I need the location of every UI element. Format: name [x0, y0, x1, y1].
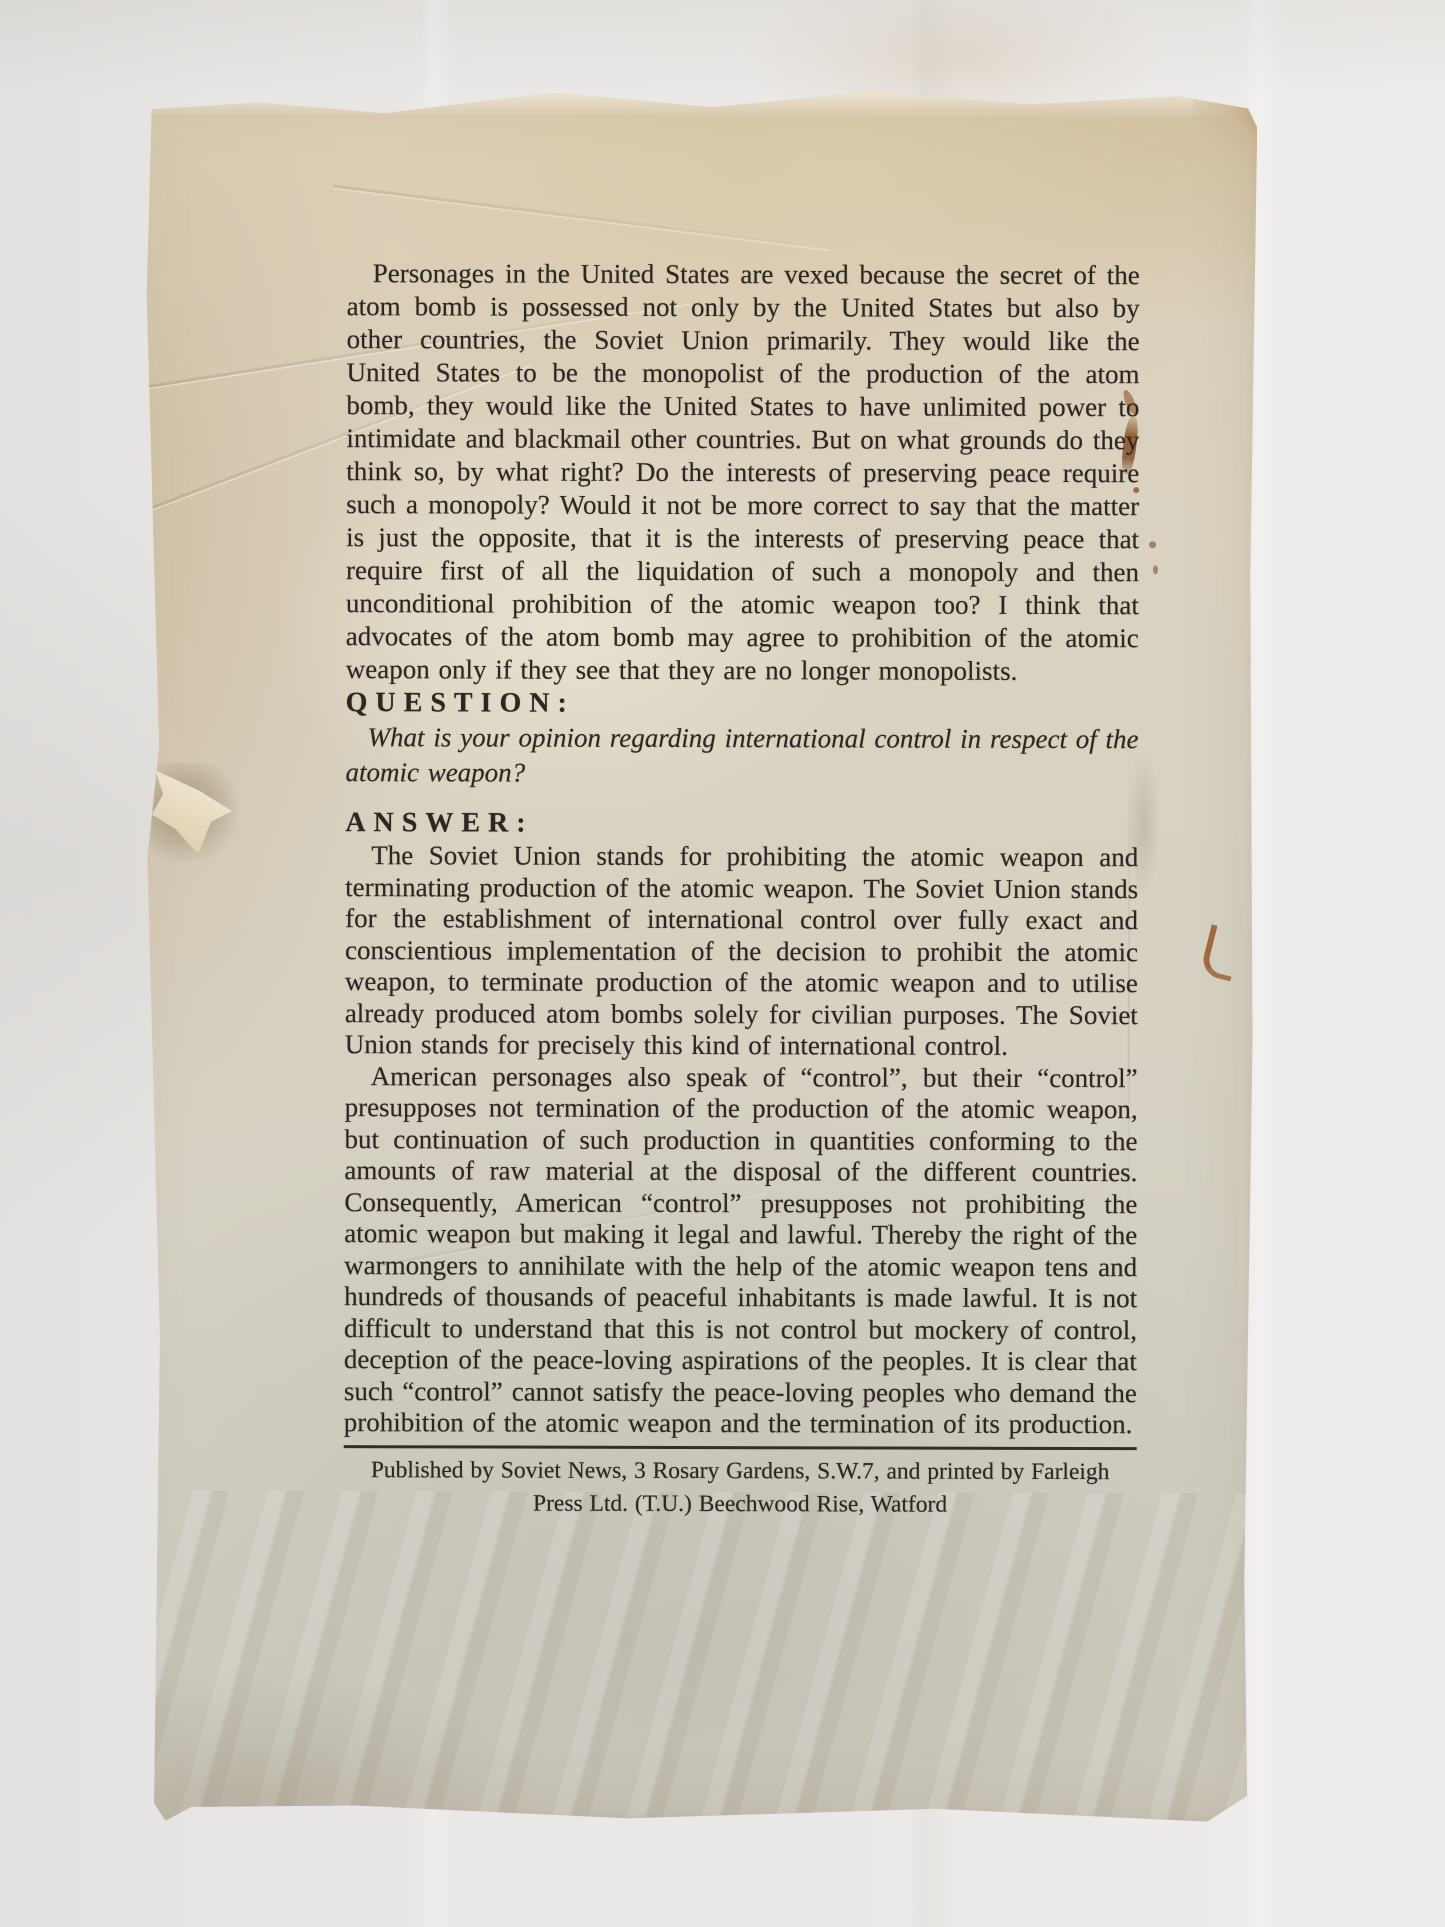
paper-crease [334, 185, 830, 250]
question-heading: QUESTION: [346, 686, 1139, 722]
imprint-divider-rule [344, 1445, 1137, 1451]
rust-stain [1199, 924, 1242, 981]
question-text: What is your opinion regarding internati… [345, 720, 1138, 792]
answer-heading: ANSWER: [345, 806, 1138, 842]
page-text: Personages in the United States are vexe… [344, 257, 1140, 1522]
rust-speck [1153, 565, 1158, 574]
rust-speck [1149, 541, 1156, 548]
answer-paragraph-2: American personages also speak of “contr… [344, 1061, 1138, 1441]
pamphlet-page: Personages in the United States are vexe… [118, 87, 1258, 1824]
body-paragraph-1: Personages in the United States are vexe… [346, 257, 1140, 688]
paper-crumple-texture [118, 1491, 1254, 1824]
photo-of-pamphlet: Personages in the United States are vexe… [0, 0, 1445, 1927]
answer-paragraph-1: The Soviet Union stands for prohibiting … [345, 840, 1139, 1063]
imprint-line-2: Press Ltd. (T.U.) Beechwood Rise, Watfor… [344, 1487, 1137, 1522]
imprint-line-1: Published by Soviet News, 3 Rosary Garde… [344, 1454, 1137, 1489]
